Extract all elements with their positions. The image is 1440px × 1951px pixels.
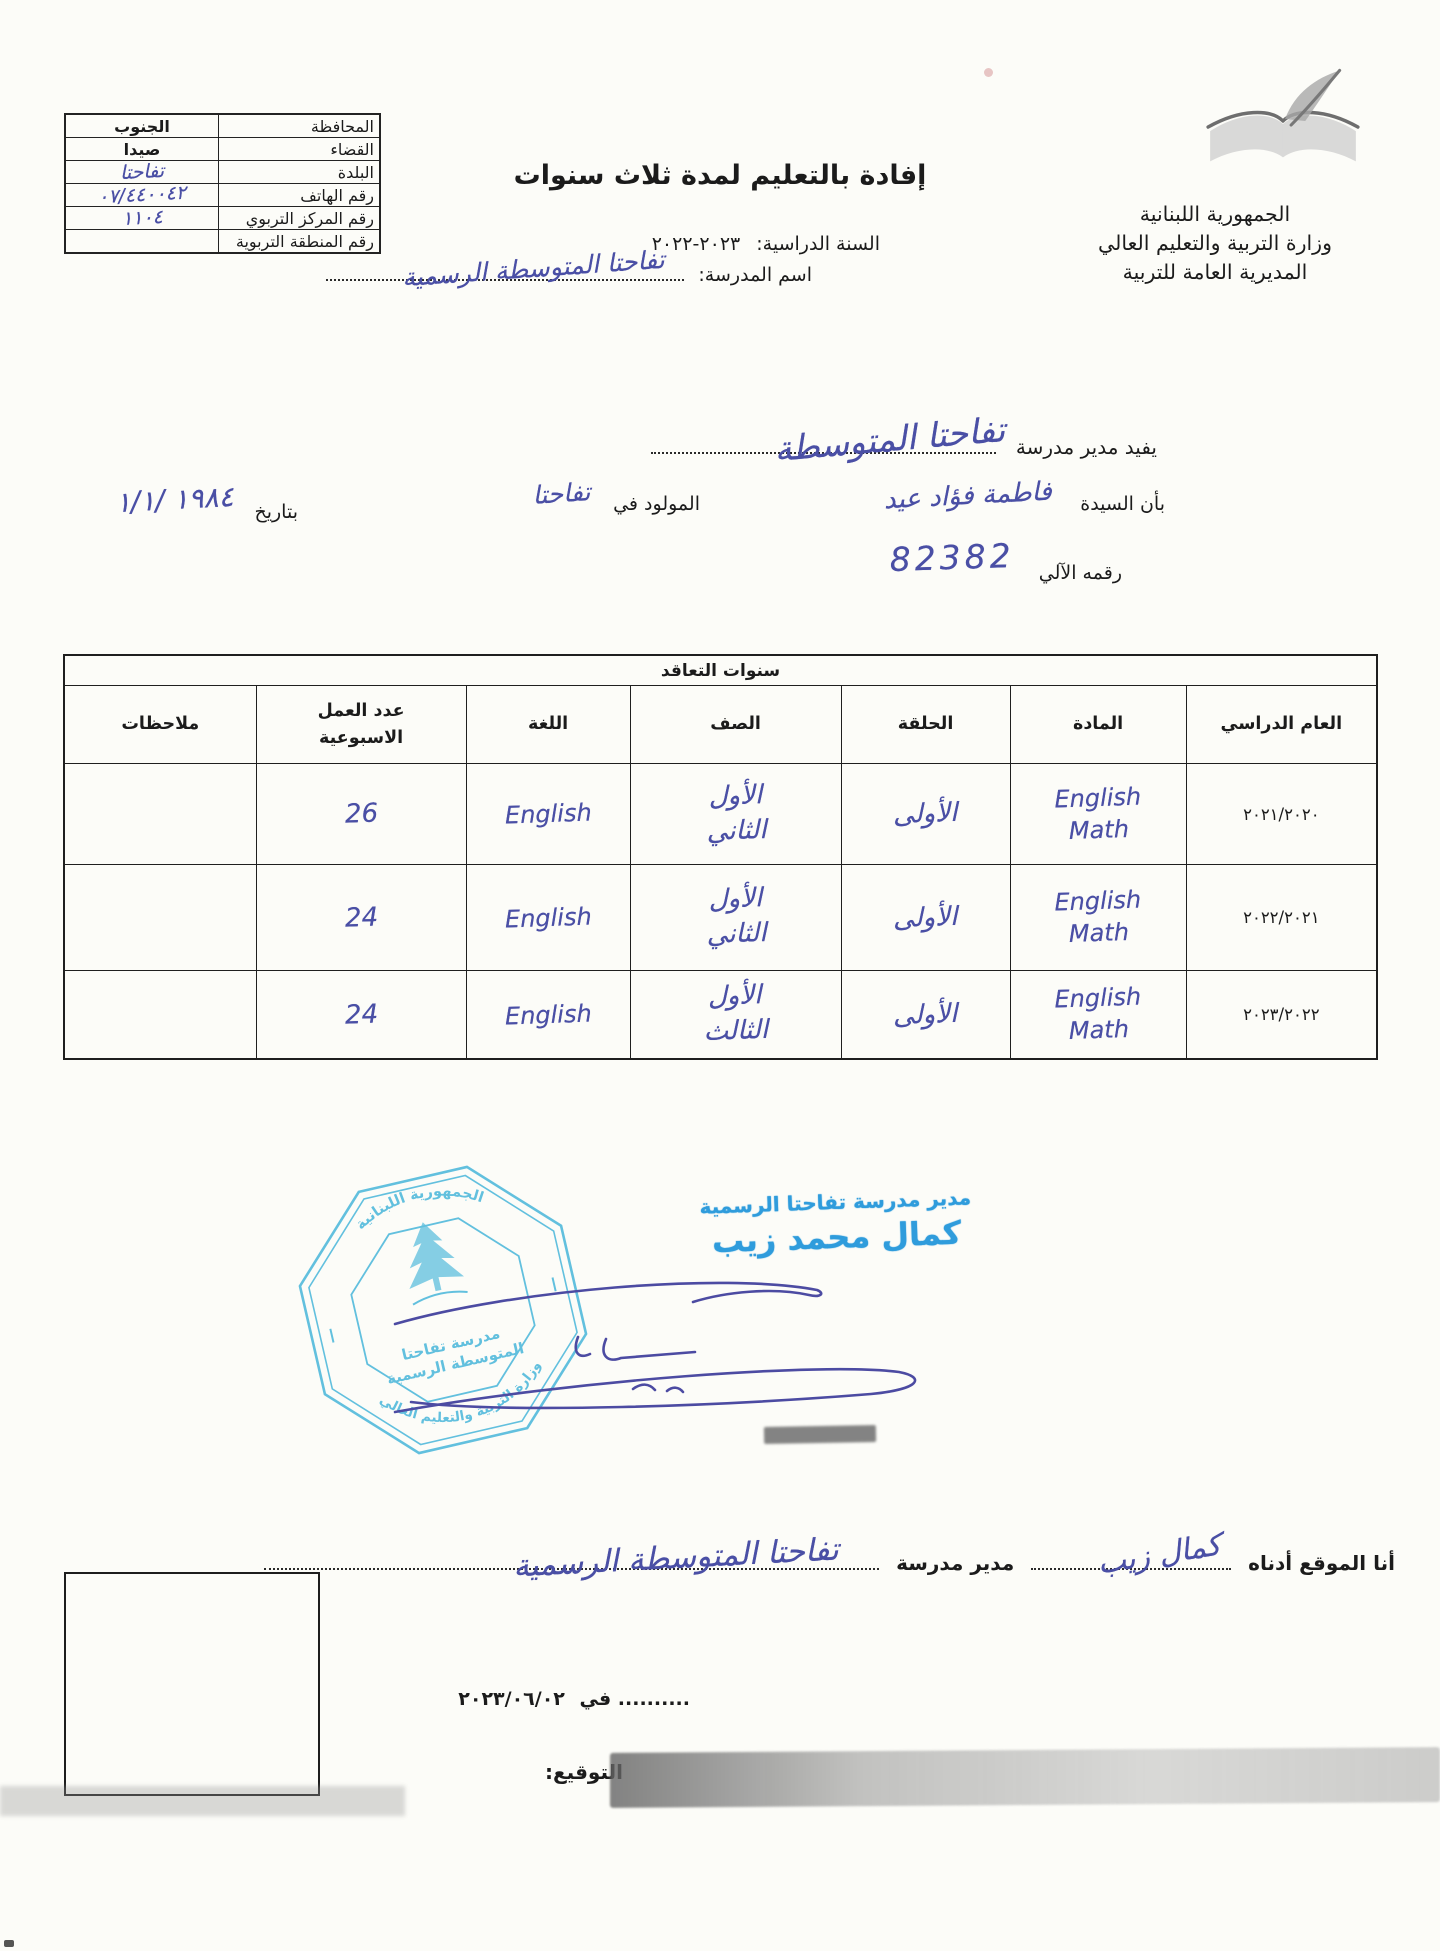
- cell-cycle: الأولى: [841, 971, 1010, 1060]
- cell-notes: [64, 865, 256, 971]
- scan-smear-band-right: [610, 1747, 1440, 1808]
- birthdate-handwritten: ١٩٨٤ /١/١: [115, 480, 235, 519]
- school-director-label: مدير مدرسة: [896, 1551, 1014, 1575]
- cell-cycle: الأولى: [841, 764, 1010, 865]
- header-ministry: وزارة التربية والتعليم العالي: [1030, 229, 1400, 258]
- cell-grade: الأول الثاني: [630, 865, 841, 971]
- info-label-town: البلدة: [219, 161, 381, 184]
- declared-school-handwritten: تفاحتا المتوسطة الرسمية: [513, 1531, 840, 1584]
- born-in-label: المولود في: [613, 493, 700, 515]
- table-row: البلدة تفاحتا: [65, 161, 380, 184]
- empty-frame-box: [64, 1572, 320, 1796]
- school-year-value: ٢٠٢٣-٢٠٢٢: [652, 233, 741, 255]
- statement-line-director: يفيد مدير مدرسة تفاحتا المتوسطة: [651, 432, 1157, 459]
- declaration-line: أنا الموقع أدناه كمال زيب مدير مدرسة تفا…: [264, 1546, 1395, 1575]
- table-row: ٢٠٢١/٢٠٢٠ English Math الأولى الأول الثا…: [64, 764, 1377, 865]
- cell-grade: الأول الثاني: [630, 764, 841, 865]
- cell-language: English: [466, 764, 630, 865]
- header-republic: الجمهورية اللبنانية: [1030, 200, 1400, 229]
- cell-language: English: [466, 865, 630, 971]
- declared-school-fill-line: تفاحتا المتوسطة الرسمية: [264, 1546, 879, 1570]
- name-stamp-name: كمال محمد زيب: [650, 1212, 1023, 1263]
- teacher-name-handwritten: فاطمة فؤاد عيد: [883, 477, 1053, 516]
- cell-subject: English Math: [1010, 764, 1186, 865]
- header-directorate: المديرية العامة للتربية: [1030, 258, 1400, 287]
- cell-notes: [64, 764, 256, 865]
- that-mrs-label: بأن السيدة: [1080, 493, 1165, 515]
- statement-line-teacher-name: بأن السيدة فاطمة فؤاد عيد: [884, 487, 1165, 517]
- info-label-edu-center: رقم المركز التربوي: [219, 207, 381, 230]
- serial-number-handwritten: 82382: [889, 536, 1015, 579]
- contract-years-table: سنوات التعاقد العام الدراسي المادة الحلق…: [63, 654, 1378, 1060]
- table-row: رقم الهاتف ٠٧/٤٤٠٠٤٢: [65, 184, 380, 207]
- table-row: المحافظة الجنوب: [65, 114, 380, 138]
- cell-notes: [64, 971, 256, 1060]
- statement-line-serial: رقمه الآلي 82382: [890, 548, 1122, 587]
- info-value-governorate: الجنوب: [65, 114, 219, 138]
- col-header-subject: المادة: [1010, 686, 1186, 764]
- table-row: رقم المنطقة التربوية: [65, 230, 380, 254]
- birthplace-handwritten: تفاحتا: [532, 477, 592, 510]
- school-name-handwritten: تفاحتا المتوسطة الرسمية: [401, 245, 665, 292]
- cell-year: ٢٠٢٣/٢٠٢٢: [1186, 971, 1377, 1060]
- ink-smear: [764, 1425, 876, 1444]
- issue-date-line: .......... في ٢٠٢٣/٠٦/٠٢: [458, 1688, 690, 1710]
- cell-year: ٢٠٢٢/٢٠٢١: [1186, 865, 1377, 971]
- cell-hours: 24: [256, 865, 466, 971]
- cell-subject: English Math: [1010, 971, 1186, 1060]
- table-row: ٢٠٢٣/٢٠٢٢ English Math الأولى الأول الثا…: [64, 971, 1377, 1060]
- table-row: رقم المركز التربوي ١١٠٤: [65, 207, 380, 230]
- info-value-district: صيدا: [65, 138, 219, 161]
- cell-language: English: [466, 971, 630, 1060]
- info-value-edu-zone: [65, 230, 219, 254]
- info-label-phone: رقم الهاتف: [219, 184, 381, 207]
- info-label-governorate: المحافظة: [219, 114, 381, 138]
- table-row: ٢٠٢٢/٢٠٢١ English Math الأولى الأول الثا…: [64, 865, 1377, 971]
- school-year-line: السنة الدراسية: ٢٠٢٣-٢٠٢٢: [652, 233, 880, 255]
- info-label-district: القضاء: [219, 138, 381, 161]
- scan-corner-speck: [4, 1940, 14, 1947]
- table-caption-row: سنوات التعاقد: [64, 655, 1377, 686]
- col-header-language: اللغة: [466, 686, 630, 764]
- cell-hours: 24: [256, 971, 466, 1060]
- contract-table-caption: سنوات التعاقد: [64, 655, 1377, 686]
- statement-line-birthdate: بتاريخ ١٩٨٤ /١/١: [116, 492, 298, 525]
- school-name-line: اسم المدرسة: تفاحتا المتوسطة الرسمية: [326, 259, 812, 286]
- serial-number-label: رقمه الآلي: [1039, 562, 1122, 584]
- birthdate-label: بتاريخ: [254, 501, 298, 523]
- col-header-grade: الصف: [630, 686, 841, 764]
- undersigned-name-handwritten: كمال زيب: [1095, 1527, 1223, 1581]
- statement-line-birthplace: المولود في تفاحتا: [533, 487, 700, 516]
- info-value-edu-center: ١١٠٤: [65, 207, 219, 230]
- col-header-cycle: الحلقة: [841, 686, 1010, 764]
- info-label-edu-zone: رقم المنطقة التربوية: [219, 230, 381, 254]
- scanned-certificate-page: الجمهورية اللبنانية وزارة التربية والتعل…: [0, 0, 1440, 1951]
- info-value-phone: ٠٧/٤٤٠٠٤٢: [65, 184, 219, 207]
- cell-cycle: الأولى: [841, 865, 1010, 971]
- svg-text:الجمهورية اللبنانية: الجمهورية اللبنانية: [348, 1172, 488, 1235]
- district-info-table: المحافظة الجنوب القضاء صيدا البلدة تفاحت…: [64, 113, 381, 254]
- scan-smear-band-left: [0, 1786, 405, 1816]
- director-name-stamp: مدير مدرسة تفاحتا الرسمية كمال محمد زيب: [649, 1184, 1023, 1263]
- col-header-weekly-hours: عدد العمل الاسبوعية: [256, 686, 466, 764]
- col-header-year: العام الدراسي: [1186, 686, 1377, 764]
- table-row: القضاء صيدا: [65, 138, 380, 161]
- stamp-top-text: الجمهورية اللبنانية: [348, 1172, 488, 1235]
- director-certifies-label: يفيد مدير مدرسة: [1016, 435, 1157, 459]
- cell-subject: English Math: [1010, 865, 1186, 971]
- issue-date-value: ٢٠٢٣/٠٦/٠٢: [458, 1688, 565, 1710]
- cell-hours: 26: [256, 764, 466, 865]
- undersigned-label: أنا الموقع أدناه: [1248, 1551, 1395, 1575]
- info-value-town: تفاحتا: [65, 161, 219, 184]
- cell-year: ٢٠٢١/٢٠٢٠: [1186, 764, 1377, 865]
- school-year-label: السنة الدراسية:: [756, 233, 880, 255]
- school-handwritten: تفاحتا المتوسطة: [773, 410, 1007, 470]
- table-header-row: العام الدراسي المادة الحلقة الصف اللغة ع…: [64, 686, 1377, 764]
- undersigned-name-fill-line: كمال زيب: [1031, 1546, 1231, 1570]
- school-fill-line: تفاحتا المتوسطة: [651, 432, 996, 454]
- col-header-notes: ملاحظات: [64, 686, 256, 764]
- ministry-header: الجمهورية اللبنانية وزارة التربية والتعل…: [1030, 200, 1400, 287]
- cell-grade: الأول الثالث: [630, 971, 841, 1060]
- school-name-fill-line: تفاحتا المتوسطة الرسمية: [326, 259, 684, 281]
- school-name-label: اسم المدرسة:: [698, 264, 812, 286]
- scan-speck: [984, 68, 993, 77]
- issue-place-prefix: .......... في: [580, 1688, 690, 1710]
